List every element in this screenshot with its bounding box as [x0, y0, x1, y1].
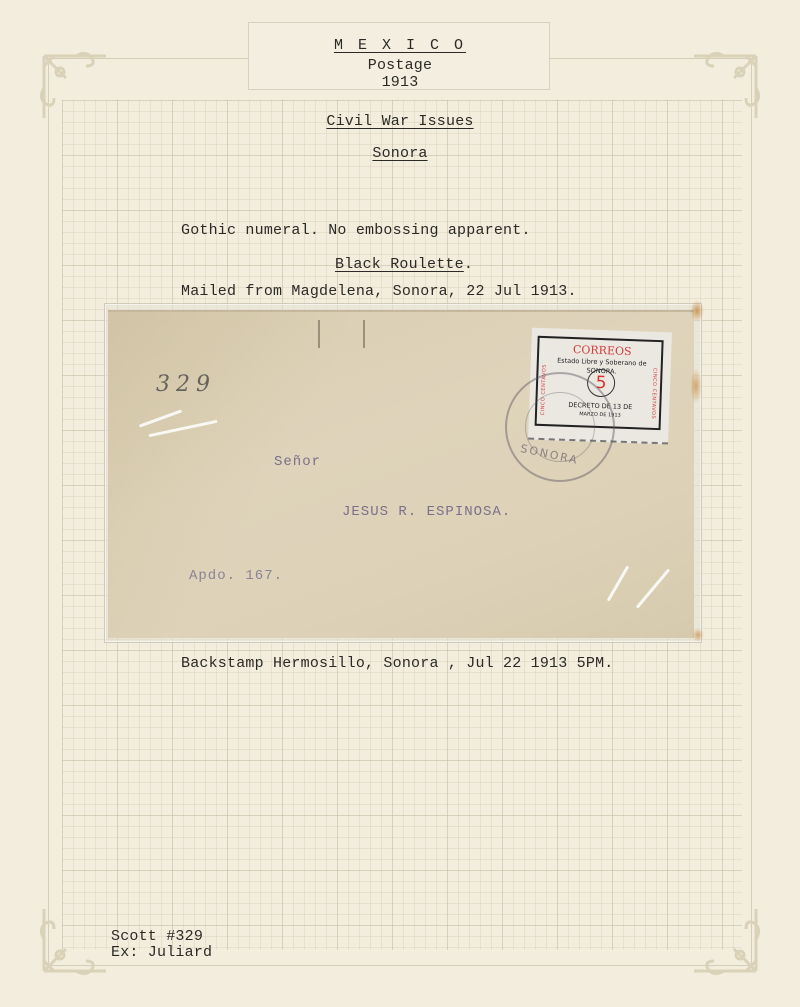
year-heading: 1913	[0, 74, 800, 91]
corner-ornament-icon	[684, 899, 764, 979]
mailed-line: Mailed from Magdelena, Sonora, 22 Jul 19…	[181, 283, 577, 300]
rust-stain	[692, 628, 704, 642]
address-line: Apdo. 167.	[189, 568, 283, 584]
glare	[607, 565, 630, 601]
scott-number: Scott #329	[111, 928, 203, 945]
rust-stain	[690, 368, 702, 404]
addressee: JESUS R. ESPINOSA.	[342, 504, 511, 520]
section-title: Civil War Issues	[0, 113, 800, 130]
subject-heading: Postage	[0, 57, 800, 74]
corner-ornament-icon	[36, 899, 116, 979]
tear-mark	[363, 320, 365, 348]
country-heading: M E X I C O	[0, 37, 800, 54]
tear-mark	[318, 320, 320, 348]
album-page: M E X I C O Postage 1913 Civil War Issue…	[0, 0, 800, 1007]
roulette-period: .	[464, 256, 473, 273]
salutation: Señor	[274, 454, 321, 470]
backstamp-note: Backstamp Hermosillo, Sonora , Jul 22 19…	[181, 655, 613, 672]
roulette-label: Black Roulette	[335, 256, 464, 273]
rust-stain	[690, 300, 704, 322]
provenance: Ex: Juliard	[111, 944, 212, 961]
roulette-line: Black Roulette.	[335, 256, 473, 273]
glare	[636, 568, 670, 608]
envelope-flap-shading	[108, 312, 348, 640]
state-title: Sonora	[0, 145, 800, 162]
postmark-cancel	[505, 372, 615, 482]
pencil-note: 329	[156, 372, 216, 397]
description-line: Gothic numeral. No embossing apparent.	[181, 222, 531, 239]
